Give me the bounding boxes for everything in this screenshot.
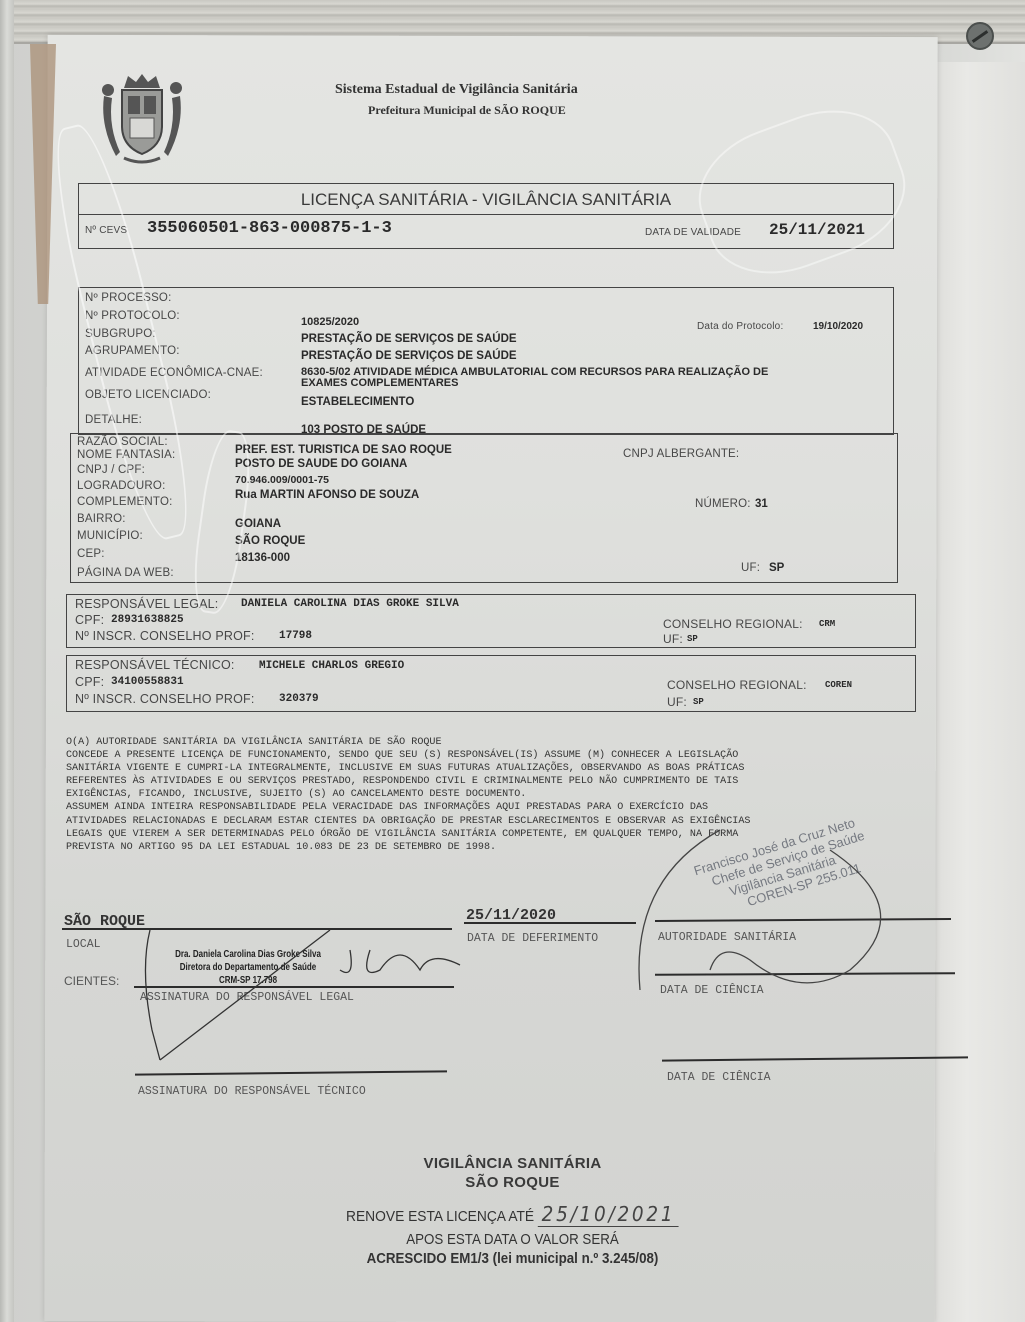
resp-tecnico-cpf: 34100558831 [111, 676, 184, 688]
cnpj-albergante-label: CNPJ ALBERGANTE: [623, 448, 739, 460]
license-title: LICENÇA SANITÁRIA - VIGILÂNCIA SANITÁRIA [79, 190, 893, 210]
resp-legal-conselho: CRM [819, 619, 835, 629]
cnae-value-cont: EXAMES COMPLEMENTARES [301, 377, 458, 389]
process-box: Nº PROCESSO: Nº PROTOCOLO: 10825/2020 Da… [78, 287, 894, 435]
cevs-box: Nº CEVS 355060501-863-000875-1-3 DATA DE… [78, 215, 894, 249]
conselho-label: CONSELHO REGIONAL: [663, 617, 803, 631]
signature-autoridade-icon [600, 820, 920, 1000]
field-label: LOGRADOURO: [77, 480, 165, 492]
assinatura-tecnico-label: ASSINATURA DO RESPONSÁVEL TÉCNICO [138, 1085, 366, 1098]
declaration-line: EXIGÊNCIAS, FICANDO, INCLUSIVE, SUJEITO … [66, 788, 946, 801]
conselho-label: CONSELHO REGIONAL: [667, 678, 807, 692]
footer-city: SÃO ROQUE [0, 1174, 1025, 1191]
resp-legal-label: RESPONSÁVEL LEGAL: [75, 597, 218, 611]
cnpj-value: 70.946.009/0001-75 [235, 474, 329, 486]
validade-value: 25/11/2021 [769, 221, 865, 239]
field-label: AGRUPAMENTO: [85, 345, 180, 357]
data-ciencia-label-2: DATA DE CIÊNCIA [667, 1071, 771, 1084]
cevs-value: 355060501-863-000875-1-3 [147, 219, 392, 238]
protocolo-value: 10825/2020 [301, 316, 359, 328]
declaration-line: CONCEDE A PRESENTE LICENÇA DE FUNCIONAME… [66, 749, 946, 762]
cpf-label: CPF: [75, 613, 104, 627]
footer-note-1: APOS ESTA DATA O VALOR SERÁ [41, 1232, 984, 1248]
resp-legal-cpf: 28931638825 [111, 614, 184, 626]
field-label: MUNICÍPIO: [77, 530, 143, 542]
renew-date: 25/10/2021 [538, 1202, 679, 1227]
protocol-date-label: Data do Protocolo: [697, 321, 783, 332]
subgrupo-value: PRESTAÇÃO DE SERVIÇOS DE SAÚDE [301, 333, 517, 345]
resp-legal-uf: SP [687, 634, 698, 644]
field-label: COMPLEMENTO: [77, 496, 172, 508]
field-label: BAIRRO: [77, 513, 126, 525]
footer-title: VIGILÂNCIA SANITÁRIA [0, 1155, 1025, 1172]
uf-value: SP [769, 562, 784, 574]
validade-label: DATA DE VALIDADE [645, 227, 741, 238]
declaration-line: ASSUMEM AINDA INTEIRA RESPONSABILIDADE P… [66, 801, 946, 814]
declaration-line: REFERENTES ÀS ATIVIDADES E OU SERVIÇOS P… [66, 775, 946, 788]
license-title-box: LICENÇA SANITÁRIA - VIGILÂNCIA SANITÁRIA [78, 183, 894, 215]
resp-legal-name: DANIELA CAROLINA DIAS GROKE SILVA [241, 598, 459, 610]
numero-label: NÚMERO: [695, 498, 751, 510]
wall-frame-left [0, 0, 14, 1322]
municipio-value: SÃO ROQUE [235, 535, 305, 547]
declaration-line: SANITÁRIA VIGENTE E CUMPRI-LA INTEGRALME… [66, 762, 946, 775]
cep-value: 18136-000 [235, 552, 290, 564]
agrupamento-value: PRESTAÇÃO DE SERVIÇOS DE SAÚDE [301, 350, 517, 362]
resp-tecnico-uf: SP [693, 697, 704, 707]
declaration-line: O(A) AUTORIDADE SANITÁRIA DA VIGILÂNCIA … [66, 736, 946, 749]
system-title: Sistema Estadual de Vigilância Sanitária [335, 82, 578, 98]
resp-tecnico-name: MICHELE CHARLOS GREGIO [259, 660, 404, 672]
field-label: RAZÃO SOCIAL: [77, 436, 168, 448]
resp-legal-inscr: 17798 [279, 630, 312, 642]
razao-social-value: PREF. EST. TURISTICA DE SAO ROQUE [235, 444, 452, 456]
bairro-value: GOIANA [235, 518, 281, 530]
field-label: NOME FANTASIA: [77, 449, 175, 461]
resp-tecnico-inscr: 320379 [279, 693, 319, 705]
field-label: SUBGRUPO: [85, 328, 156, 340]
field-label: OBJETO LICENCIADO: [85, 389, 211, 401]
responsavel-tecnico-box: RESPONSÁVEL TÉCNICO: MICHELE CHARLOS GRE… [66, 655, 916, 712]
establishment-box: RAZÃO SOCIAL: PREF. EST. TURISTICA DE SA… [70, 433, 898, 583]
objeto-value: ESTABELECIMENTO [301, 396, 414, 408]
cpf-label: CPF: [75, 675, 104, 689]
field-label: PÁGINA DA WEB: [77, 567, 174, 579]
field-label: ATIVIDADE ECONÔMICA-CNAE: [85, 367, 263, 379]
coat-of-arms-icon [94, 66, 190, 170]
logradouro-value: Rua MARTIN AFONSO DE SOUZA [235, 489, 419, 501]
cientes-label: CIENTES: [64, 974, 119, 988]
local-label: LOCAL [66, 938, 101, 951]
resp-tecnico-conselho: COREN [825, 680, 852, 690]
screw-icon [966, 22, 994, 50]
side-panel [928, 62, 1025, 1322]
resp-tecnico-label: RESPONSÁVEL TÉCNICO: [75, 658, 235, 672]
inscr-label: Nº INSCR. CONSELHO PROF: [75, 692, 255, 706]
renew-label: RENOVE ESTA LICENÇA ATÉ [346, 1208, 534, 1225]
field-label: CNPJ / CPF: [77, 464, 145, 476]
cevs-label: Nº CEVS [85, 225, 127, 236]
prefeitura-title: Prefeitura Municipal de SÃO ROQUE [368, 103, 566, 118]
responsavel-legal-box: RESPONSÁVEL LEGAL: DANIELA CAROLINA DIAS… [66, 594, 916, 648]
uf-label: UF: [663, 632, 683, 646]
renew-row: RENOVE ESTA LICENÇA ATÉ 25/10/2021 [41, 1202, 984, 1226]
field-label: Nº PROTOCOLO: [85, 310, 180, 322]
footer-note-2: ACRESCIDO EM1/3 (lei municipal n.º 3.245… [41, 1251, 984, 1267]
numero-value: 31 [755, 498, 768, 510]
uf-label: UF: [741, 562, 760, 574]
field-label: Nº PROCESSO: [85, 292, 171, 304]
uf-label: UF: [667, 695, 687, 709]
field-label: CEP: [77, 548, 105, 560]
field-label: DETALHE: [85, 414, 142, 426]
inscr-label: Nº INSCR. CONSELHO PROF: [75, 629, 255, 643]
nome-fantasia-value: POSTO DE SAUDE DO GOIANA [235, 458, 407, 470]
protocol-date-value: 19/10/2020 [813, 321, 863, 332]
signature-legal-icon [130, 910, 490, 1070]
